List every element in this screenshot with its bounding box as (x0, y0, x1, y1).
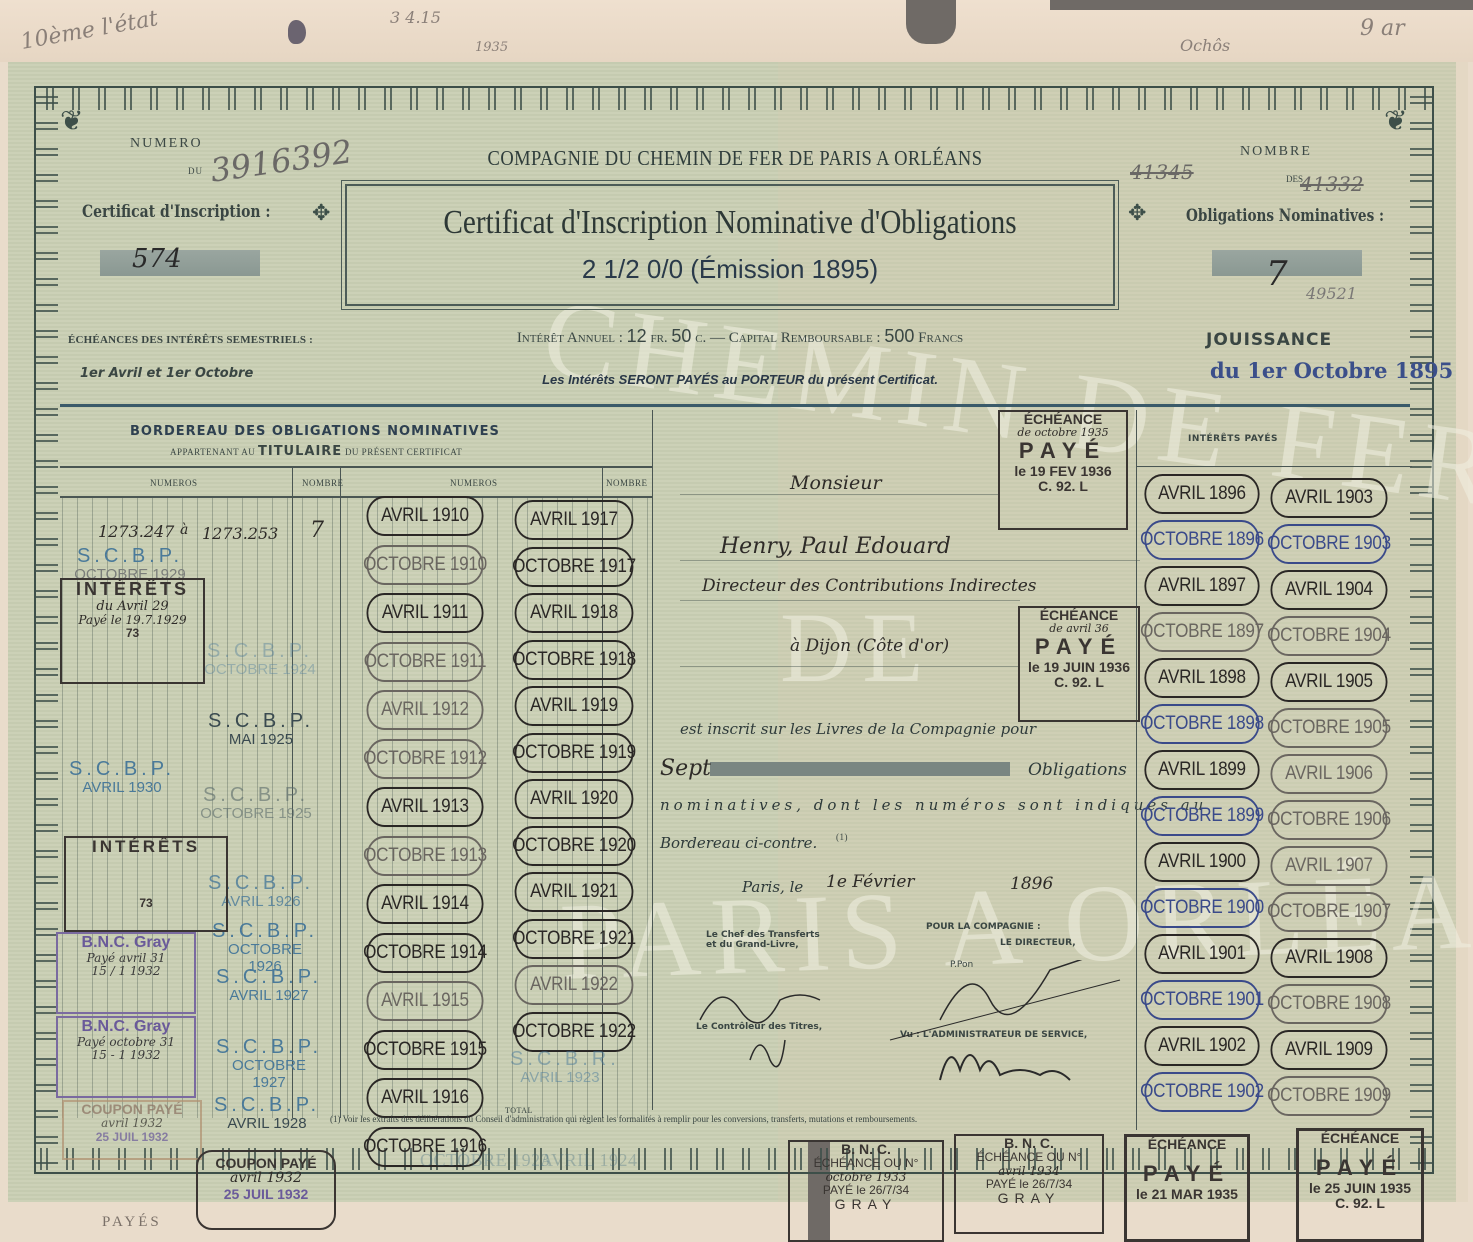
bnc-gray-stamp: B. N. C. ÉCHÉANCE OU N° octobre 1933 PAY… (788, 1140, 944, 1242)
date-stamp: AVRIL 1917 (515, 500, 634, 540)
issue-year: 1896 (1010, 874, 1053, 894)
scbp-stamp: S.C.B.R.AVRIL 1923 (510, 1048, 610, 1087)
stamp-line: S.C.B.P. (196, 784, 316, 806)
date-stamp: AVRIL 1902 (1144, 1026, 1259, 1066)
stamp-line: S.C.B.P. (70, 545, 190, 567)
date-stamp: AVRIL 1908 (1271, 938, 1388, 978)
bond-number-to: 1273.253 (202, 524, 278, 543)
interest-cents-unit: c. (695, 330, 706, 346)
date-stamp: AVRIL 1911 (367, 593, 484, 633)
stamp-title: COUPON PAYÉ (198, 1156, 334, 1171)
date-stamp: AVRIL 1919 (515, 686, 634, 726)
date-stamp: OCTOBRE 1900 (1144, 888, 1259, 928)
bordereau-title: BORDEREAU DES OBLIGATIONS NOMINATIVES (130, 424, 500, 439)
subtitle-post: DU PRÉSENT CERTIFICAT (345, 447, 462, 457)
date-stamp: AVRIL 1912 (367, 690, 484, 730)
date-stamp: AVRIL 1921 (515, 872, 634, 912)
interets-stamp: INTÉRÊTS du Avril 29 Payé le 19.7.1929 7… (60, 578, 205, 684)
date-stamp: AVRIL 1899 (1144, 750, 1259, 790)
bordereau-subtitle: APPARTENANT AU TITULAIRE DU PRÉSENT CERT… (170, 444, 462, 459)
nominative-text: nominatives, dont les numéros sont indiq… (660, 796, 1207, 814)
stamp-title: COUPON PAYÉ (64, 1102, 200, 1117)
address-rule (680, 494, 1000, 495)
date-stamp: OCTOBRE 1913 (367, 836, 484, 876)
stamp-line: 25 JUIL 1932 (198, 1187, 334, 1202)
date-stamp: AVRIL 1907 (1271, 846, 1388, 886)
holder-address: à Dijon (Côte d'or) (790, 636, 949, 656)
bnc-gray-stamp: B.N.C. Gray Payé avril 31 15 / 1 1932 (56, 932, 196, 1014)
jouissance-date: du 1er Octobre 1895 (1210, 358, 1453, 383)
footnote: (1) Voir les extraits des délibérations … (330, 1114, 917, 1124)
stamp-line: 15 / 1 1932 (58, 965, 194, 978)
table-rule (1136, 466, 1412, 467)
column-header-nombre: NOMBRE (606, 478, 648, 488)
echeance-paye-stamp: ÉCHÉANCE PAYÉ le 21 MAR 1935 (1124, 1134, 1250, 1242)
stamp-line: S.C.B.P. (214, 1036, 324, 1058)
date-stamp: AVRIL 1905 (1271, 662, 1388, 702)
stamp-line: avril 1934 (956, 1165, 1102, 1178)
count-field (710, 762, 1010, 776)
stamp-line: du Avril 29 (62, 600, 203, 614)
scbp-stamp: S.C.B.P.AVRIL 1928 (212, 1094, 322, 1133)
stamp-line: 25 JUIL 1932 (64, 1131, 200, 1144)
date-stamp: AVRIL 1903 (1271, 478, 1388, 518)
date-stamp: OCTOBRE 1898 (1144, 704, 1259, 744)
greek-key-border-left (36, 96, 58, 1166)
capital-label: Capital Remboursable : (729, 330, 881, 346)
echeance-paye-stamp: ÉCHÉANCE PAYÉ le 25 JUIN 1935 C. 92. L (1296, 1128, 1424, 1242)
holder-salutation: Monsieur (790, 472, 882, 494)
stamp-line: avril 1932 (198, 1171, 334, 1186)
stamp-line: OCTOBRE 1925 (196, 806, 316, 823)
bond-number-from: 1273.247 (98, 522, 174, 541)
date-stamp: AVRIL 1896 (1144, 474, 1259, 514)
stamp-line: GRAY (956, 1191, 1102, 1206)
stamp-line: le 19 JUIN 1936 (1020, 660, 1138, 675)
bond-number-separator: à (180, 522, 188, 538)
table-rule (60, 466, 652, 468)
stamp-title: INTÉRÊTS (62, 580, 203, 600)
stamp-line: S.C.B.P. (62, 758, 182, 780)
stamp-title: B.N.C. Gray (58, 934, 194, 952)
interest-unit: fr. (650, 330, 667, 346)
payable-note: Les Intérêts SERONT PAYÉS au PORTEUR du … (480, 372, 1000, 387)
crossed-note: 41332 (1300, 172, 1364, 196)
stamp-line: MAI 1925 (196, 732, 326, 749)
interest-capital-line: Intérêt Annuel : 12 fr. 50 c. — Capital … (440, 326, 1040, 347)
certificate-number-label: Certificat d'Inscription : (82, 202, 271, 222)
date-stamp: OCTOBRE 1915 (367, 1030, 484, 1070)
date-stamp: OCTOBRE 1922 (515, 1012, 634, 1052)
stamp-title: B.N.C. Gray (58, 1018, 194, 1036)
bond-count: 7 (310, 518, 324, 543)
company-name: COMPAGNIE DU CHEMIN DE FER DE PARIS A OR… (387, 146, 1082, 171)
obligations-count-value: 7 (1266, 254, 1288, 294)
address-rule (680, 600, 1020, 601)
stamp-line: S.C.B.P. (200, 640, 320, 662)
stamp-line: 15 - 1 1932 (58, 1049, 194, 1062)
stamp-line: GRAY (790, 1197, 942, 1212)
le-directeur: LE DIRECTEUR, (1000, 938, 1076, 948)
scbp-stamp: S.C.B.P.MAI 1925 (196, 710, 326, 749)
obligations-word: Obligations (1028, 760, 1127, 780)
certificate-number-value: 574 (132, 244, 182, 274)
obligations-count-written: Sept (660, 756, 711, 781)
greek-key-border-right (1410, 96, 1432, 1166)
date-stamp: OCTOBRE 1907 (1271, 892, 1388, 932)
section-divider (60, 404, 1410, 407)
torn-paper-top (1050, 0, 1473, 10)
echeance-paye-stamp: ÉCHÉANCE de octobre 1935 PAYÉ le 19 FEV … (998, 410, 1128, 530)
date-stamp: OCTOBRE 1903 (1271, 524, 1388, 564)
stamp-line: C. 92. L (1299, 1196, 1421, 1211)
date-stamp: AVRIL 1897 (1144, 566, 1259, 606)
capital-unit: Francs (918, 330, 963, 346)
pour-la-compagnie: POUR LA COMPAGNIE : (926, 922, 1041, 932)
stamp-line: ÉCHÉANCE (1000, 412, 1126, 427)
date-stamp: OCTOBRE 1910 (367, 545, 484, 585)
date-stamp: AVRIL 1914 (367, 884, 484, 924)
holder-name: Henry, Paul Edouard (720, 534, 951, 559)
leaf-ornament-icon: ❦ (60, 104, 83, 138)
stamp-line: octobre 1933 (790, 1171, 942, 1184)
numero-label: NUMERO (130, 136, 203, 152)
crossed-note: 41345 (1130, 160, 1194, 184)
certificate-subtitle: 2 1/2 0/0 (Émission 1895) (347, 254, 1113, 285)
signatures-icon (690, 960, 1130, 1090)
address-rule (680, 666, 1020, 667)
stamp-line: avril 1932 (64, 1117, 200, 1130)
place-label: Paris, le (742, 878, 803, 896)
stamp-line: C. 92. L (1000, 479, 1126, 494)
stamp-line: ÉCHÉANCE OU N° (790, 1157, 942, 1170)
ink-stain (288, 20, 306, 44)
stamp-line: PAYÉ le 26/7/34 (956, 1178, 1102, 1191)
date-stamp: AVRIL 1910 (367, 496, 484, 536)
date-stamp: OCTOBRE 1917 (515, 547, 634, 587)
scroll-ornament-icon: ✥ (1128, 200, 1146, 226)
stamp-line: ÉCHÉANCE OU N° (956, 1151, 1102, 1164)
echeances-label: ÉCHÉANCES DES INTÉRÊTS SEMESTRIELS : (68, 334, 313, 346)
scbp-stamp: S.C.B.P.OCTOBRE 1925 (196, 784, 316, 823)
obligations-count-label: Obligations Nominatives : (1186, 206, 1384, 226)
stamp-line: S.C.B.P. (196, 710, 326, 732)
column-divider (652, 410, 653, 1110)
margin-note: 1935 (475, 40, 508, 55)
coupon-paye-stamp: COUPON PAYÉ avril 1932 25 JUIL 1932 (196, 1150, 336, 1230)
column-divider (1136, 410, 1137, 1130)
inscribed-text: est inscrit sur les Livres de la Compagn… (680, 720, 1036, 738)
date-stamp: OCTOBRE 1896 (1144, 520, 1259, 560)
date-stamp: OCTOBRE 1904 (1271, 616, 1388, 656)
stamp-line: le 25 JUIN 1935 (1299, 1181, 1421, 1196)
bordereau-text: Bordereau ci-contre. (660, 834, 817, 852)
scbp-stamp: S.C.B.P.AVRIL 1927 (214, 966, 324, 1005)
scroll-ornament-icon: ✥ (312, 200, 330, 226)
leaf-ornament-icon: ❦ (1384, 104, 1407, 138)
date-stamp: AVRIL 1918 (515, 593, 634, 633)
date-stamp: OCTOBRE 1919 (515, 733, 634, 773)
capital-value: 500 (884, 326, 914, 346)
interest-value: 12 (627, 326, 647, 346)
stamp-line: PAYÉ (1299, 1156, 1421, 1180)
date-stamp: OCTOBRE 1905 (1271, 708, 1388, 748)
stamp-line: PAYÉ le 26/7/34 (790, 1184, 942, 1197)
stamp-line: S.C.B.P. (214, 966, 324, 988)
scbp-stamp: S.C.B.P.AVRIL 1930 (62, 758, 182, 797)
stamp-line: Payé octobre 31 (58, 1036, 194, 1049)
stamp-line: 73 (66, 897, 226, 910)
date-stamp: AVRIL 1898 (1144, 658, 1259, 698)
date-stamp: AVRIL 1901 (1144, 934, 1259, 974)
chef-transferts-label: Le Chef des Transferts et du Grand-Livre… (706, 930, 826, 950)
date-stamp: AVRIL 1913 (367, 787, 484, 827)
stamp-line: ÉCHÉANCE (1299, 1131, 1421, 1146)
column-divider (340, 468, 341, 1118)
date-stamp: OCTOBRE 1902 (1144, 1072, 1259, 1112)
column-header-nombre: NOMBRE (302, 478, 344, 488)
stamp-line: PAYÉ (1000, 439, 1126, 463)
date-stamp: OCTOBRE 1918 (515, 640, 634, 680)
torn-paper (906, 0, 956, 44)
du-label: DU (188, 166, 203, 176)
greek-key-border-top (46, 88, 1426, 110)
date-stamp: OCTOBRE 1909 (1271, 1076, 1388, 1116)
faint-stamp: OCTOBRE 1923 (420, 1150, 550, 1171)
scbp-stamp: S.C.B.P.OCTOBRE 1924 (200, 640, 320, 679)
scbp-stamp: S.C.B.P.OCTOBRE 1927 (214, 1036, 324, 1091)
interest-label: Intérêt Annuel : (517, 330, 623, 346)
date-stamp: AVRIL 1900 (1144, 842, 1259, 882)
date-stamp: OCTOBRE 1897 (1144, 612, 1259, 652)
footnote-ref: (1) (836, 832, 848, 842)
subtitle-pre: APPARTENANT AU (170, 447, 255, 457)
payes-label: PAYÉS (102, 1214, 162, 1231)
interets-stamp: INTÉRÊTS 73 (64, 836, 228, 932)
bnc-gray-stamp: B.N.C. Gray Payé octobre 31 15 - 1 1932 (56, 1016, 196, 1098)
stamp-line: AVRIL 1928 (212, 1116, 322, 1133)
date-stamp: AVRIL 1920 (515, 779, 634, 819)
date-stamp: AVRIL 1915 (367, 981, 484, 1021)
date-stamp: AVRIL 1904 (1271, 570, 1388, 610)
column-header-numeros: NUMEROS (150, 478, 198, 488)
faint-stamp: AVRIL 1924 (540, 1150, 638, 1171)
dash: — (710, 330, 725, 346)
stamp-line: PAYÉ (1127, 1162, 1247, 1186)
nombre-label: NOMBRE (1240, 144, 1312, 160)
stamp-line: ÉCHÉANCE (1020, 608, 1138, 623)
stamp-line: OCTOBRE 1927 (214, 1058, 324, 1091)
stamp-line: AVRIL 1923 (510, 1070, 610, 1087)
address-rule (680, 560, 1140, 561)
stamp-line: le 21 MAR 1935 (1127, 1187, 1247, 1202)
stamp-line: ÉCHÉANCE (1127, 1137, 1247, 1152)
stamp-line: S.C.B.R. (510, 1048, 610, 1070)
margin-note: 49521 (1306, 284, 1357, 303)
coupon-paye-stamp: COUPON PAYÉ avril 1932 25 JUIL 1932 (62, 1100, 202, 1160)
margin-note: 9 ar (1360, 16, 1405, 41)
date-stamp: OCTOBRE 1911 (367, 642, 484, 682)
title-box: Certificat d'Inscription Nominative d'Ob… (345, 184, 1115, 306)
interest-cents: 50 (671, 326, 691, 346)
stamp-title: INTÉRÊTS (66, 838, 226, 857)
stamp-line: AVRIL 1930 (62, 780, 182, 797)
jouissance-label: JOUISSANCE (1206, 330, 1332, 350)
stamp-line: 73 (62, 627, 203, 640)
stamp-line: le 19 FEV 1936 (1000, 464, 1126, 479)
date-stamp: OCTOBRE 1908 (1271, 984, 1388, 1024)
date-stamp: OCTOBRE 1912 (367, 739, 484, 779)
echeances-dates: 1er Avril et 1er Octobre (80, 366, 253, 381)
date-stamp: AVRIL 1906 (1271, 754, 1388, 794)
interets-payes-label: INTÉRÊTS PAYÉS (1188, 434, 1278, 444)
date-stamp: OCTOBRE 1906 (1271, 800, 1388, 840)
stamp-line: PAYÉ (1020, 635, 1138, 659)
issue-date: 1e Février (826, 872, 915, 892)
column-header-numeros: NUMEROS (450, 478, 498, 488)
stamp-line: AVRIL 1927 (214, 988, 324, 1005)
date-stamp: AVRIL 1909 (1271, 1030, 1388, 1070)
stamp-line: C. 92. L (1020, 675, 1138, 690)
echeance-paye-stamp: ÉCHÉANCE de avril 36 PAYÉ le 19 JUIN 193… (1018, 606, 1140, 722)
margin-note: Ochôs (1180, 36, 1230, 55)
date-stamp: OCTOBRE 1899 (1144, 796, 1259, 836)
bnc-gray-stamp: B. N. C. ÉCHÉANCE OU N° avril 1934 PAYÉ … (954, 1134, 1104, 1234)
holder-occupation: Directeur des Contributions Indirectes (702, 576, 1037, 596)
date-stamp: AVRIL 1916 (367, 1078, 484, 1118)
margin-note: 3 4.15 (390, 8, 441, 27)
date-stamp: OCTOBRE 1901 (1144, 980, 1259, 1020)
date-stamp: OCTOBRE 1914 (367, 933, 484, 973)
subtitle-titulaire: TITULAIRE (258, 444, 342, 459)
stamp-line: S.C.B.P. (212, 1094, 322, 1116)
date-stamp: OCTOBRE 1920 (515, 826, 634, 866)
date-stamp: AVRIL 1922 (515, 965, 634, 1005)
stamp-line: Payé avril 31 (58, 952, 194, 965)
certificate-title: Certificat d'Inscription Nominative d'Ob… (401, 204, 1060, 242)
date-stamp: OCTOBRE 1921 (515, 919, 634, 959)
stamp-line: OCTOBRE 1924 (200, 662, 320, 679)
